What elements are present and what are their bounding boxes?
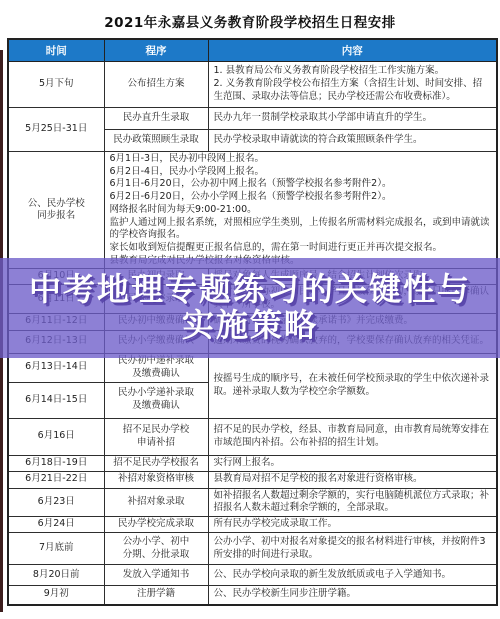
table-row: 9月初 注册学籍 公、民办学校新生同步注册学籍。: [8, 586, 497, 605]
time-cell: 6月18日-19日: [8, 455, 104, 471]
content-cell: 所有民办学校完成录取工作。: [208, 517, 497, 533]
procedure-cell: 公办小学、初中 分期、分批录取: [104, 533, 208, 565]
table-row: 6月23日 补招对象录取 如补招报名人数超过剩余学额的，实行电脑随机派位方式录取…: [8, 488, 497, 516]
content-cell: 公、民办学校向录取的新生发放纸质或电子入学通知书。: [208, 565, 497, 586]
time-cell: 6月12日-13日: [8, 330, 104, 353]
procedure-cell: 招不足民办学校报名: [104, 455, 208, 471]
table-row: 8月20日前 发放入学通知书 公、民办学校向录取的新生发放纸质或电子入学通知书。: [8, 565, 497, 586]
content-cell: 民办九年一贯制学校录取其小学部申请直升的学生。: [208, 108, 497, 130]
column-header-time: 时间: [8, 39, 104, 62]
time-cell: 9月初: [8, 586, 104, 605]
procedure-cell: 民办初中递补录取 及缴费确认: [104, 353, 208, 382]
procedure-cell: 补招对象资格审核: [104, 471, 208, 488]
time-cell: 5月25日-31日: [8, 108, 104, 152]
time-cell: 8月20日前: [8, 565, 104, 586]
content-cell: 民办学校录取申请就读的符合政策照顾条件学生。: [208, 130, 497, 152]
content-cell: 1. 县教育局公布义务教育阶段学校招生工作实施方案。 2. 义务教育阶段学校公布…: [208, 62, 497, 108]
table-row: 6月11日 民办小学录取 同时报读民办初中和民办小学且均被预录取的，家长只能选择…: [8, 285, 497, 313]
enrollment-schedule-table: 时间 程序 内容 5月下旬 公布招生方案 1. 县教育局公布义务教育阶段学校招生…: [7, 38, 498, 606]
procedure-cell: 补招对象录取: [104, 488, 208, 516]
table-row: 6月18日-19日 招不足民办学校报名 实行网上报名。: [8, 455, 497, 471]
column-header-content: 内容: [208, 39, 497, 62]
content-cell: 如补招报名人数超过剩余学额的，实行电脑随机派位方式录取；补招报名人数未超过剩余学…: [208, 488, 497, 516]
column-header-procedure: 程序: [104, 39, 208, 62]
table-row: 5月下旬 公布招生方案 1. 县教育局公布义务教育阶段学校招生工作实施方案。 2…: [8, 62, 497, 108]
table-row: 6月11日-12日 民办初中缴费确认 确认时需签订《录取就读承诺书》并完成缴费。: [8, 313, 497, 330]
time-cell: 6月10日: [8, 269, 104, 285]
time-cell: 6月11日-12日: [8, 313, 104, 330]
table-row: 5月25日-31日 民办直升生录取 民办九年一贯制学校录取其小学部申请直升的学生…: [8, 108, 497, 130]
content-cell: 按摇号生成的顺序号，在未被任何学校预录取的学生中依次递补录取。递补录取人数为学校…: [208, 353, 497, 418]
content-cell: 县教育局对招不足学校的报名对象进行资格审核。: [208, 471, 497, 488]
content-cell: 招不足的民办学校，经县、市教育局同意，由市教育局统筹安排在市域范围内补招。公布补…: [208, 418, 497, 455]
table-row: 公、民办学校 同步报名 6月1日-3日，民办初中段网上报名。 6月2日-4日，民…: [8, 152, 497, 269]
procedure-cell: 民办小学录取: [104, 285, 208, 313]
content-cell: 确认时需签订《录取就读承诺书》并完成缴费。: [208, 313, 497, 330]
procedure-cell: 公布招生方案: [104, 62, 208, 108]
time-cell: 6月23日: [8, 488, 104, 516]
time-cell: 6月24日: [8, 517, 104, 533]
time-cell: 6月16日: [8, 418, 104, 455]
content-cell: 同时报读民办初中和民办小学且均被预录取的，家长只能选择确认其中一所学校。: [208, 285, 497, 313]
time-cell: 5月下旬: [8, 62, 104, 108]
procedure-cell: 民办小学缴费确认: [104, 330, 208, 353]
table-row: 6月13日-14日 民办初中递补录取 及缴费确认 按摇号生成的顺序号，在未被任何…: [8, 353, 497, 382]
time-cell: 7月底前: [8, 533, 104, 565]
time-cell: 6月11日: [8, 285, 104, 313]
table-row: 6月10日 民办初中录取 摇号对象每人生成顺序号，结合招生计划依次录取。: [8, 269, 497, 285]
content-cell: 公、民办学校新生同步注册学籍。: [208, 586, 497, 605]
procedure-cell: 民办小学递补录取 及缴费确认: [104, 382, 208, 418]
time-cell: 6月13日-14日: [8, 353, 104, 382]
procedure-cell: 民办直升生录取: [104, 108, 208, 130]
content-cell: 6月1日-3日，民办初中段网上报名。 6月2日-4日，民办小学段网上报名。 6月…: [104, 152, 497, 269]
time-cell: 公、民办学校 同步报名: [8, 152, 104, 269]
table-header-row: 时间 程序 内容: [8, 39, 497, 62]
content-cell: 摇号对象每人生成顺序号，结合招生计划依次录取。: [208, 269, 497, 285]
content-cell: 实行网上报名。: [208, 455, 497, 471]
table-row: 6月24日 民办学校完成录取 所有民办学校完成录取工作。: [8, 517, 497, 533]
table-row: 6月16日 招不足民办学校 申请补招 招不足的民办学校，经县、市教育局同意，由市…: [8, 418, 497, 455]
procedure-cell: 民办初中缴费确认: [104, 313, 208, 330]
left-edge-strip: [0, 50, 3, 612]
procedure-cell: 注册学籍: [104, 586, 208, 605]
table-row: 6月21日-22日 补招对象资格审核 县教育局对招不足学校的报名对象进行资格审核…: [8, 471, 497, 488]
time-cell: 6月21日-22日: [8, 471, 104, 488]
content-cell: 公办小学、初中对报名对象提交的报名材料进行审核，并按附件3所安排的时间进行录取。: [208, 533, 497, 565]
document-title: 2021年永嘉县义务教育阶段学校招生日程安排: [0, 0, 500, 31]
procedure-cell: 民办学校完成录取: [104, 517, 208, 533]
procedure-cell: 发放入学通知书: [104, 565, 208, 586]
procedure-cell: 民办政策照顾生录取: [104, 130, 208, 152]
table-row: 7月底前 公办小学、初中 分期、分批录取 公办小学、初中对报名对象提交的报名材料…: [8, 533, 497, 565]
time-cell: 6月14日-15日: [8, 382, 104, 418]
procedure-cell: 招不足民办学校 申请补招: [104, 418, 208, 455]
table-row: 6月12日-13日 民办小学缴费确认 逾期未缴费的视为确认放弃的，学校要保存确认…: [8, 330, 497, 353]
procedure-cell: 民办初中录取: [104, 269, 208, 285]
content-cell: 逾期未缴费的视为确认放弃的，学校要保存确认放弃的相关凭证。: [208, 330, 497, 353]
